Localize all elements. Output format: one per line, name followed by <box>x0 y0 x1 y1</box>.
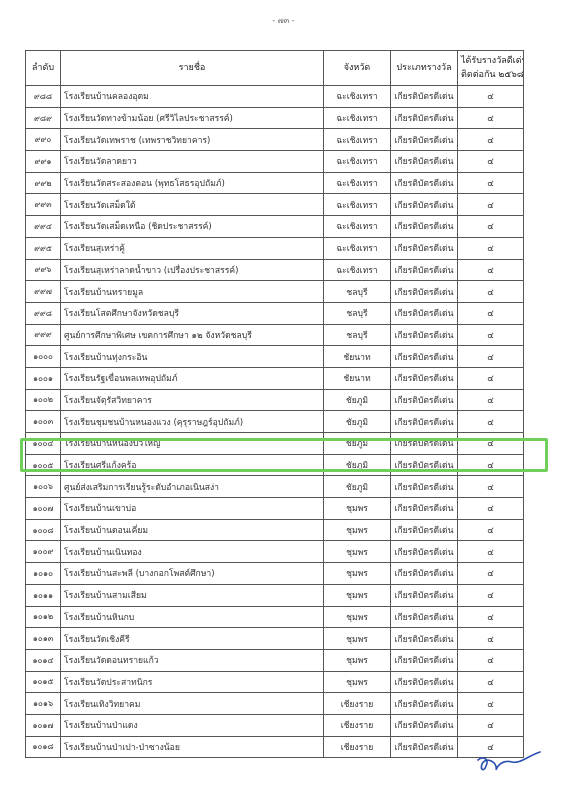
table-row: ๑๐๑๑โรงเรียนบ้านสามเสียมชุมพรเกียรติบัตร… <box>26 584 524 606</box>
row-number: ๑๐๐๑ <box>26 367 61 389</box>
province: ชุมพร <box>324 498 391 520</box>
school-name: โรงเรียนวัดเสม็ดใต้ <box>61 194 324 216</box>
province: ชัยภูมิ <box>324 389 391 411</box>
consecutive-count: ๔ <box>458 584 524 606</box>
row-number: ๙๙๔ <box>26 216 61 238</box>
table-row: ๑๐๑๗โรงเรียนบ้านป่าแดงเชียงรายเกียรติบัต… <box>26 714 524 736</box>
award-type: เกียรติบัตรดีเด่น <box>391 281 458 303</box>
province: ฉะเชิงเทรา <box>324 151 391 173</box>
award-type: เกียรติบัตรดีเด่น <box>391 302 458 324</box>
table-row: ๙๙๔โรงเรียนวัดเสม็ดเหนือ (ชิดประชาสรรค์)… <box>26 216 524 238</box>
row-number: ๑๐๑๐ <box>26 563 61 585</box>
award-type: เกียรติบัตรดีเด่น <box>391 584 458 606</box>
row-number: ๑๐๐๕ <box>26 454 61 476</box>
consecutive-count: ๔ <box>458 346 524 368</box>
table-body: ๙๘๘โรงเรียนบ้านคลองอุดมฉะเชิงเทราเกียรติ… <box>26 86 524 758</box>
school-name: โรงเรียนชุมชนบ้านหนองแวง (คุรุราษฎร์อุปถ… <box>61 411 324 433</box>
row-number: ๙๙๒ <box>26 172 61 194</box>
school-name: โรงเรียนวัดเทพราช (เทพราชวิทยาคาร) <box>61 129 324 151</box>
award-type: เกียรติบัตรดีเด่น <box>391 671 458 693</box>
award-type: เกียรติบัตรดีเด่น <box>391 563 458 585</box>
consecutive-count: ๔ <box>458 454 524 476</box>
row-number: ๙๘๘ <box>26 86 61 108</box>
consecutive-count: ๔ <box>458 237 524 259</box>
table-row: ๙๘๘โรงเรียนบ้านคลองอุดมฉะเชิงเทราเกียรติ… <box>26 86 524 108</box>
consecutive-count: ๔ <box>458 541 524 563</box>
consecutive-count: ๔ <box>458 628 524 650</box>
province: ชัยภูมิ <box>324 411 391 433</box>
school-name: โรงเรียนจัตุรัสวิทยาคาร <box>61 389 324 411</box>
table-row: ๙๙๙ศูนย์การศึกษาพิเศษ เขตการศึกษา ๑๒ จัง… <box>26 324 524 346</box>
school-name: โรงเรียนบ้านทรายมูล <box>61 281 324 303</box>
awards-table: ลำดับ รายชื่อ จังหวัด ประเภทรางวัล ได้รั… <box>25 50 524 758</box>
row-number: ๑๐๑๔ <box>26 649 61 671</box>
province: ฉะเชิงเทรา <box>324 86 391 108</box>
province: ชัยนาท <box>324 346 391 368</box>
province: เชียงราย <box>324 714 391 736</box>
province: เชียงราย <box>324 736 391 758</box>
school-name: โรงเรียนวัดทางข้ามน้อย (ศรีวิไลประชาสรรค… <box>61 107 324 129</box>
award-type: เกียรติบัตรดีเด่น <box>391 541 458 563</box>
school-name: โรงเรียนบ้านป่าเปา-ป่าซางน้อย <box>61 736 324 758</box>
province: ชลบุรี <box>324 302 391 324</box>
province: ฉะเชิงเทรา <box>324 107 391 129</box>
table-row: ๑๐๐๖ศูนย์ส่งเสริมการเรียนรู้ระดับอำเภอเน… <box>26 476 524 498</box>
row-number: ๙๙๓ <box>26 194 61 216</box>
award-type: เกียรติบัตรดีเด่น <box>391 476 458 498</box>
table-row: ๑๐๐๐โรงเรียนบ้านทุ่งกระอินชัยนาทเกียรติบ… <box>26 346 524 368</box>
table-row: ๙๙๗โรงเรียนบ้านทรายมูลชลบุรีเกียรติบัตรด… <box>26 281 524 303</box>
row-number: ๙๙๐ <box>26 129 61 151</box>
province: ฉะเชิงเทรา <box>324 237 391 259</box>
table-row: ๑๐๑๒โรงเรียนบ้านหินกบชุมพรเกียรติบัตรดีเ… <box>26 606 524 628</box>
province: ชุมพร <box>324 628 391 650</box>
school-name: โรงเรียนบ้านเนินทอง <box>61 541 324 563</box>
school-name: โรงเรียนวัดประสาทนิกร <box>61 671 324 693</box>
table-row: ๙๙๑โรงเรียนวัดลาดยาวฉะเชิงเทราเกียรติบัต… <box>26 151 524 173</box>
award-type: เกียรติบัตรดีเด่น <box>391 324 458 346</box>
province: ชุมพร <box>324 584 391 606</box>
school-name: โรงเรียนวัดเสม็ดเหนือ (ชิดประชาสรรค์) <box>61 216 324 238</box>
consecutive-count: ๔ <box>458 259 524 281</box>
row-number: ๙๙๕ <box>26 237 61 259</box>
consecutive-count: ๔ <box>458 151 524 173</box>
award-type: เกียรติบัตรดีเด่น <box>391 498 458 520</box>
province: เชียงราย <box>324 693 391 715</box>
award-type: เกียรติบัตรดีเด่น <box>391 194 458 216</box>
row-number: ๑๐๑๓ <box>26 628 61 650</box>
table-row: ๙๙๒โรงเรียนวัดสระสองตอน (พุทธโสธรอุปถัมภ… <box>26 172 524 194</box>
row-number: ๙๙๖ <box>26 259 61 281</box>
row-number: ๙๙๙ <box>26 324 61 346</box>
consecutive-count: ๔ <box>458 107 524 129</box>
award-type: เกียรติบัตรดีเด่น <box>391 259 458 281</box>
row-number: ๑๐๑๘ <box>26 736 61 758</box>
award-type: เกียรติบัตรดีเด่น <box>391 519 458 541</box>
table-row: ๙๘๙โรงเรียนวัดทางข้ามน้อย (ศรีวิไลประชาส… <box>26 107 524 129</box>
school-name: โรงเรียนวัดเชิงคีรี <box>61 628 324 650</box>
consecutive-count: ๔ <box>458 476 524 498</box>
table-row: ๑๐๑๐โรงเรียนบ้านสะพลี (บางกอกโพสต์ศึกษา)… <box>26 563 524 585</box>
school-name: โรงเรียนบ้านคลองอุดม <box>61 86 324 108</box>
consecutive-count: ๔ <box>458 324 524 346</box>
province: ฉะเชิงเทรา <box>324 172 391 194</box>
school-name: โรงเรียนเทิงวิทยาคม <box>61 693 324 715</box>
award-type: เกียรติบัตรดีเด่น <box>391 433 458 455</box>
award-type: เกียรติบัตรดีเด่น <box>391 454 458 476</box>
province: ชุมพร <box>324 563 391 585</box>
row-number: ๑๐๑๒ <box>26 606 61 628</box>
table-header-row: ลำดับ รายชื่อ จังหวัด ประเภทรางวัล ได้รั… <box>26 51 524 86</box>
province: ฉะเชิงเทรา <box>324 194 391 216</box>
school-name: โรงเรียนบ้านหนองบัวใหญ่ <box>61 433 324 455</box>
consecutive-count: ๔ <box>458 172 524 194</box>
consecutive-count: ๔ <box>458 411 524 433</box>
row-number: ๑๐๐๓ <box>26 411 61 433</box>
consecutive-count: ๔ <box>458 519 524 541</box>
province: ชัยภูมิ <box>324 476 391 498</box>
header-province: จังหวัด <box>324 51 391 86</box>
award-type: เกียรติบัตรดีเด่น <box>391 649 458 671</box>
row-number: ๑๐๑๕ <box>26 671 61 693</box>
header-award-type: ประเภทรางวัล <box>391 51 458 86</box>
header-no: ลำดับ <box>26 51 61 86</box>
table-row: ๑๐๐๓โรงเรียนชุมชนบ้านหนองแวง (คุรุราษฎร์… <box>26 411 524 433</box>
table-row: ๑๐๐๒โรงเรียนจัตุรัสวิทยาคารชัยภูมิเกียรต… <box>26 389 524 411</box>
award-type: เกียรติบัตรดีเด่น <box>391 389 458 411</box>
page-number: - ๗๓ - <box>0 14 567 27</box>
row-number: ๑๐๐๒ <box>26 389 61 411</box>
award-type: เกียรติบัตรดีเด่น <box>391 237 458 259</box>
row-number: ๙๙๗ <box>26 281 61 303</box>
school-name: โรงเรียนวัดดอนทรายแก้ว <box>61 649 324 671</box>
award-type: เกียรติบัตรดีเด่น <box>391 151 458 173</box>
row-number: ๑๐๑๑ <box>26 584 61 606</box>
consecutive-count: ๔ <box>458 194 524 216</box>
award-type: เกียรติบัตรดีเด่น <box>391 346 458 368</box>
consecutive-count: ๔ <box>458 693 524 715</box>
school-name: โรงเรียนบ้านดอนเคี่ยม <box>61 519 324 541</box>
award-type: เกียรติบัตรดีเด่น <box>391 107 458 129</box>
province: ชัยภูมิ <box>324 454 391 476</box>
award-type: เกียรติบัตรดีเด่น <box>391 172 458 194</box>
row-number: ๑๐๐๙ <box>26 541 61 563</box>
table-row: ๑๐๑๘โรงเรียนบ้านป่าเปา-ป่าซางน้อยเชียงรา… <box>26 736 524 758</box>
school-name: โรงเรียนบ้านทุ่งกระอิน <box>61 346 324 368</box>
award-type: เกียรติบัตรดีเด่น <box>391 129 458 151</box>
consecutive-count: ๔ <box>458 129 524 151</box>
award-type: เกียรติบัตรดีเด่น <box>391 693 458 715</box>
row-number: ๙๙๘ <box>26 302 61 324</box>
school-name: โรงเรียนสุเหร่าคู้ <box>61 237 324 259</box>
table-row: ๑๐๐๘โรงเรียนบ้านดอนเคี่ยมชุมพรเกียรติบัต… <box>26 519 524 541</box>
signature-icon <box>468 748 548 778</box>
consecutive-count: ๔ <box>458 216 524 238</box>
consecutive-count: ๔ <box>458 606 524 628</box>
consecutive-count: ๔ <box>458 498 524 520</box>
province: ฉะเชิงเทรา <box>324 259 391 281</box>
province: ชุมพร <box>324 541 391 563</box>
school-name: โรงเรียนบ้านป่าแดง <box>61 714 324 736</box>
header-consecutive-line1: ได้รับรางวัลดีเด่น <box>461 54 520 68</box>
school-name: โรงเรียนโสตศึกษาจังหวัดชลบุรี <box>61 302 324 324</box>
header-consecutive: ได้รับรางวัลดีเด่น ติดต่อกัน ๒๕๖๘ <box>458 51 524 86</box>
province: ชุมพร <box>324 519 391 541</box>
table-row: ๙๙๐โรงเรียนวัดเทพราช (เทพราชวิทยาคาร)ฉะเ… <box>26 129 524 151</box>
school-name: โรงเรียนสุเหร่าลาดน้ำขาว (เปรื่องประชาสร… <box>61 259 324 281</box>
province: ชลบุรี <box>324 281 391 303</box>
province: ชุมพร <box>324 606 391 628</box>
row-number: ๑๐๑๗ <box>26 714 61 736</box>
table-row: ๙๙๓โรงเรียนวัดเสม็ดใต้ฉะเชิงเทราเกียรติบ… <box>26 194 524 216</box>
table-row: ๙๙๕โรงเรียนสุเหร่าคู้ฉะเชิงเทราเกียรติบั… <box>26 237 524 259</box>
consecutive-count: ๔ <box>458 671 524 693</box>
consecutive-count: ๔ <box>458 714 524 736</box>
row-number: ๑๐๑๖ <box>26 693 61 715</box>
province: ชุมพร <box>324 671 391 693</box>
consecutive-count: ๔ <box>458 389 524 411</box>
province: ชุมพร <box>324 649 391 671</box>
province: ชัยนาท <box>324 367 391 389</box>
table-row: ๙๙๖โรงเรียนสุเหร่าลาดน้ำขาว (เปรื่องประช… <box>26 259 524 281</box>
row-number: ๑๐๐๘ <box>26 519 61 541</box>
table-row: ๑๐๐๙โรงเรียนบ้านเนินทองชุมพรเกียรติบัตรด… <box>26 541 524 563</box>
consecutive-count: ๔ <box>458 367 524 389</box>
table-row: ๑๐๐๔โรงเรียนบ้านหนองบัวใหญ่ชัยภูมิเกียรต… <box>26 433 524 455</box>
header-consecutive-line2: ติดต่อกัน ๒๕๖๘ <box>461 68 520 82</box>
school-name: โรงเรียนบ้านสามเสียม <box>61 584 324 606</box>
table-row: ๑๐๑๓โรงเรียนวัดเชิงคีรีชุมพรเกียรติบัตรด… <box>26 628 524 650</box>
consecutive-count: ๔ <box>458 649 524 671</box>
row-number: ๙๙๑ <box>26 151 61 173</box>
award-type: เกียรติบัตรดีเด่น <box>391 736 458 758</box>
table-row-highlighted: ๑๐๐๕โรงเรียนศรีแก้งคร้อชัยภูมิเกียรติบัต… <box>26 454 524 476</box>
row-number: ๑๐๐๔ <box>26 433 61 455</box>
consecutive-count: ๔ <box>458 281 524 303</box>
award-type: เกียรติบัตรดีเด่น <box>391 86 458 108</box>
award-type: เกียรติบัตรดีเด่น <box>391 216 458 238</box>
school-name: โรงเรียนรัฐเขื่อนพลเทพอุปถัมภ์ <box>61 367 324 389</box>
row-number: ๑๐๐๗ <box>26 498 61 520</box>
award-type: เกียรติบัตรดีเด่น <box>391 714 458 736</box>
school-name: ศูนย์การศึกษาพิเศษ เขตการศึกษา ๑๒ จังหวั… <box>61 324 324 346</box>
school-name: โรงเรียนวัดลาดยาว <box>61 151 324 173</box>
table-row: ๑๐๑๖โรงเรียนเทิงวิทยาคมเชียงรายเกียรติบั… <box>26 693 524 715</box>
row-number: ๑๐๐๐ <box>26 346 61 368</box>
header-name: รายชื่อ <box>61 51 324 86</box>
row-number: ๙๘๙ <box>26 107 61 129</box>
table-row: ๑๐๑๕โรงเรียนวัดประสาทนิกรชุมพรเกียรติบัต… <box>26 671 524 693</box>
consecutive-count: ๔ <box>458 563 524 585</box>
award-type: เกียรติบัตรดีเด่น <box>391 606 458 628</box>
province: ชัยภูมิ <box>324 433 391 455</box>
award-type: เกียรติบัตรดีเด่น <box>391 628 458 650</box>
school-name: โรงเรียนบ้านหินกบ <box>61 606 324 628</box>
consecutive-count: ๔ <box>458 433 524 455</box>
school-name: โรงเรียนบ้านเขาบ่อ <box>61 498 324 520</box>
award-type: เกียรติบัตรดีเด่น <box>391 411 458 433</box>
province: ชลบุรี <box>324 324 391 346</box>
table-row: ๑๐๐๗โรงเรียนบ้านเขาบ่อชุมพรเกียรติบัตรดี… <box>26 498 524 520</box>
school-name: โรงเรียนวัดสระสองตอน (พุทธโสธรอุปถัมภ์) <box>61 172 324 194</box>
province: ฉะเชิงเทรา <box>324 216 391 238</box>
school-name: โรงเรียนบ้านสะพลี (บางกอกโพสต์ศึกษา) <box>61 563 324 585</box>
province: ฉะเชิงเทรา <box>324 129 391 151</box>
school-name: โรงเรียนศรีแก้งคร้อ <box>61 454 324 476</box>
school-name: ศูนย์ส่งเสริมการเรียนรู้ระดับอำเภอเนินสง… <box>61 476 324 498</box>
table-row: ๙๙๘โรงเรียนโสตศึกษาจังหวัดชลบุรีชลบุรีเก… <box>26 302 524 324</box>
consecutive-count: ๔ <box>458 302 524 324</box>
row-number: ๑๐๐๖ <box>26 476 61 498</box>
table-row: ๑๐๑๔โรงเรียนวัดดอนทรายแก้วชุมพรเกียรติบั… <box>26 649 524 671</box>
table-row: ๑๐๐๑โรงเรียนรัฐเขื่อนพลเทพอุปถัมภ์ชัยนาท… <box>26 367 524 389</box>
consecutive-count: ๔ <box>458 86 524 108</box>
award-type: เกียรติบัตรดีเด่น <box>391 367 458 389</box>
